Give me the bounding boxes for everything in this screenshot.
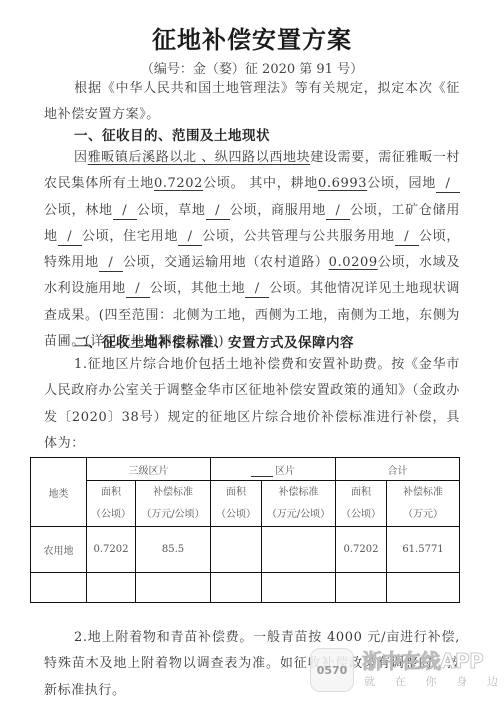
section2-heading: 二、征收土地补偿标准、安置方式及保障内容: [74, 331, 354, 351]
farmland-area: 0.6993: [318, 176, 367, 191]
watermark-tagline: 就在你身边: [364, 673, 498, 689]
compensation-table: 地类 三级区片 区片 合计 面积（公顷） 补偿标准（万元/公顷） 面积（公顷） …: [30, 457, 460, 603]
section1-heading: 一、征收目的、范围及土地现状: [74, 124, 270, 144]
header-land-type: 地类: [31, 458, 87, 527]
intro-paragraph: 根据《中华人民共和国土地管理法》等有关规定，拟定本次《征地补偿安置方案》。: [44, 76, 460, 129]
header-area: 面积（公顷）: [336, 481, 387, 527]
section2-item1: 1.征地区片综合地价包括土地补偿费和安置补助费。按《金华市人民政府办公室关于调整…: [44, 352, 460, 457]
app-logo-icon: 0570: [310, 648, 354, 692]
header-area: 面积（公顷）: [87, 481, 136, 527]
header-standard: 补偿标准（万元）: [387, 481, 460, 527]
header-zone-blank: 区片: [211, 458, 336, 481]
location-text: 雅畈镇后溪路以北 、纵四路以西地块: [88, 150, 311, 165]
watermark-app-name: 浙中在线APP: [362, 645, 483, 674]
header-area: 面积（公顷）: [211, 481, 262, 527]
app-watermark: 0570 浙中在线APP 就在你身边: [310, 645, 502, 703]
road-area: 0.0209: [329, 255, 378, 270]
table-row: [31, 573, 460, 603]
document-title: 征地补偿安置方案: [0, 20, 504, 55]
table-row: 农用地 0.7202 85.5 0.7202 61.5771: [31, 527, 460, 573]
total-area: 0.7202: [154, 176, 203, 191]
header-total: 合计: [336, 458, 460, 481]
header-standard: 补偿标准（万元/公顷）: [262, 481, 336, 527]
header-zone-3: 三级区片: [87, 458, 211, 481]
header-standard: 补偿标准（万元/公顷）: [136, 481, 211, 527]
section1-paragraph: 因雅畈镇后溪路以北 、纵四路以西地块建设需要，需征雅畈一村农民集体所有土地0.7…: [44, 145, 460, 355]
document-number: （编号：金（婺）征 2020 第 91 号）: [0, 58, 504, 77]
